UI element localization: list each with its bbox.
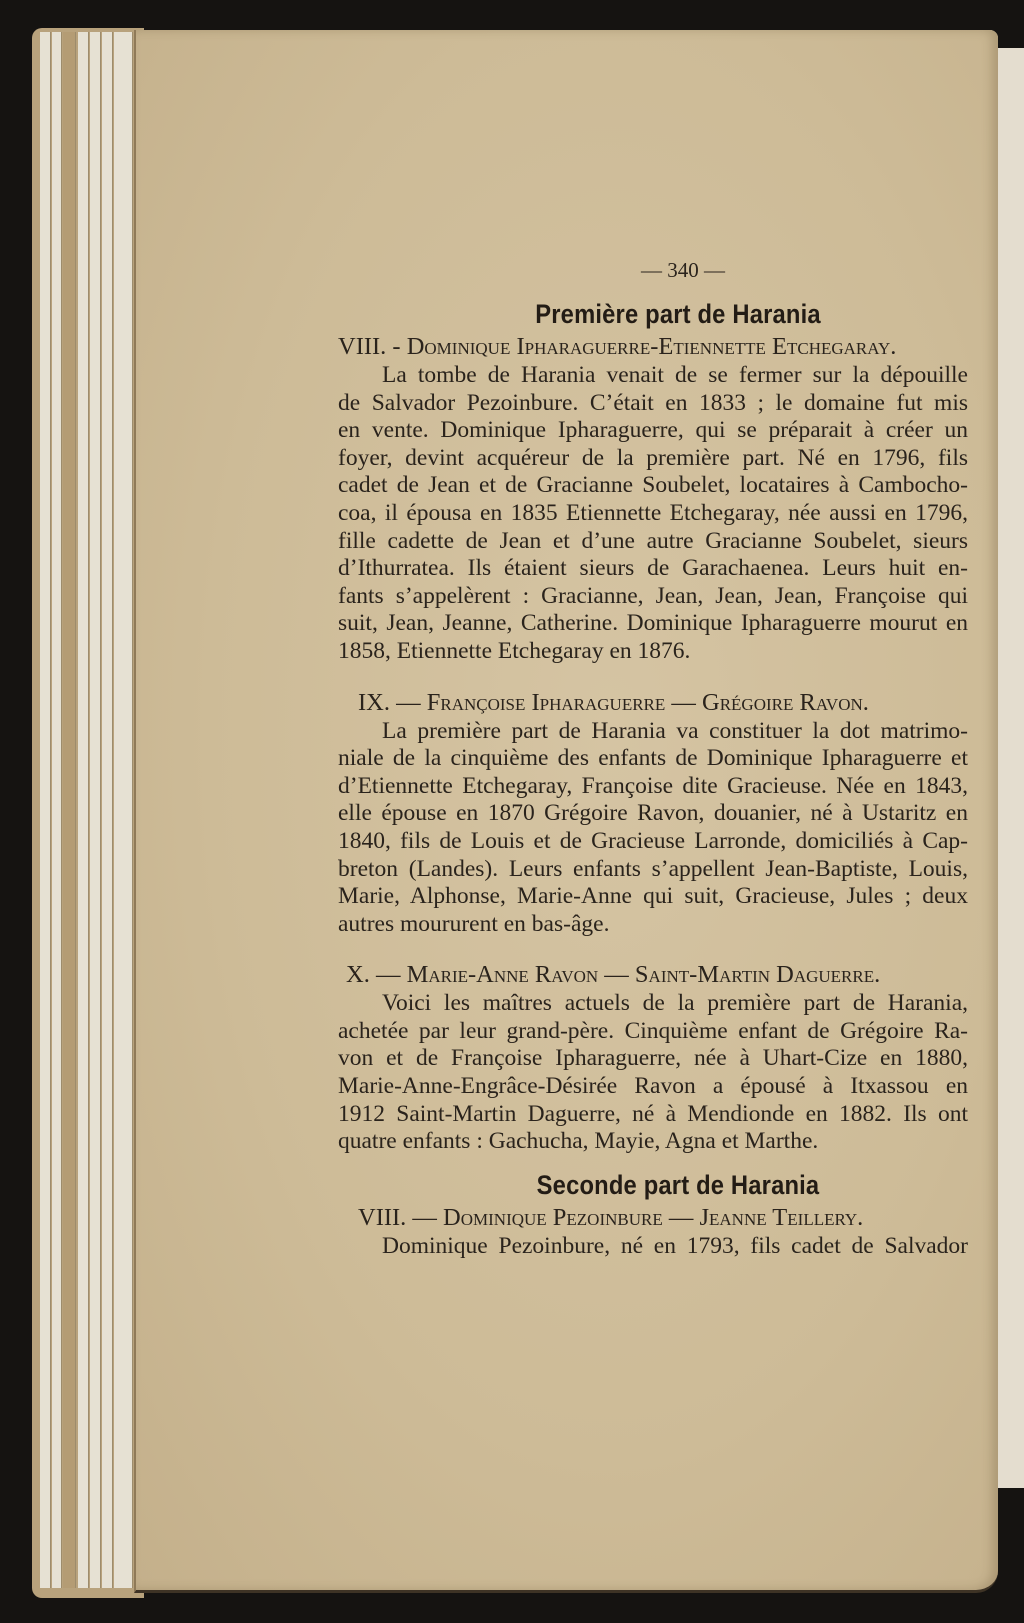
page-content: — 340 — Première part de Harania VIII. -… <box>338 258 968 1260</box>
page-number: — 340 — <box>338 258 1024 283</box>
text-line: quatre enfants : Gachucha, Mayie, Agna e… <box>338 1128 968 1156</box>
text-line: 1858, Etiennette Etchegaray en 1876. <box>338 638 968 666</box>
page-leaf <box>63 32 76 1588</box>
book-page-edges <box>32 28 144 1598</box>
page-leaf <box>90 32 101 1588</box>
text-line: fants s’appelèrent : Gracianne, Jean, Je… <box>338 583 968 611</box>
text-line: autres moururent en bas-âge. <box>338 911 968 939</box>
text-line: de Salvador Pezoinbure. C’était en 1833 … <box>338 390 968 418</box>
text-line: suit, Jean, Jeanne, Catherine. Dominique… <box>338 610 968 638</box>
section-title: Seconde part de Harania <box>379 1170 977 1201</box>
page-leaf <box>102 32 113 1588</box>
text-line: 1840, fils de Louis et de Gracieuse Larr… <box>338 828 968 856</box>
page-leaf <box>114 32 133 1588</box>
text-line: Voici les maîtres actuels de la première… <box>338 990 968 1018</box>
paragraph: Dominique Pezoinbure, né en 1793, fils c… <box>338 1233 968 1261</box>
text-line: Dominique Pezoinbure, né en 1793, fils c… <box>338 1233 968 1261</box>
section-title: Première part de Harania <box>379 299 977 330</box>
text-line: cadet de Jean et de Gracianne Soubelet, … <box>338 472 968 500</box>
paragraph: La première part de Harania va constitue… <box>338 718 968 939</box>
text-line: niale de la cinquième des enfants de Dom… <box>338 745 968 773</box>
text-line: d’Etiennette Etchegaray, Françoise dite … <box>338 773 968 801</box>
generation-heading: IX. — Françoise Ipharaguerre — Grégoire … <box>338 688 968 718</box>
generation-heading: VIII. - Dominique Ipharaguerre-Etiennett… <box>338 332 968 362</box>
text-line: Marie-Anne-Engrâce-Désirée Ravon a épous… <box>338 1073 968 1101</box>
text-line: 1912 Saint-Martin Daguerre, né à Mendion… <box>338 1101 968 1129</box>
text-line: elle épouse en 1870 Grégoire Ravon, doua… <box>338 800 968 828</box>
text-line: von et de Françoise Ipharaguerre, née à … <box>338 1045 968 1073</box>
text-line: La première part de Harania va constitue… <box>338 718 968 746</box>
page-leaf <box>40 32 51 1588</box>
generation-heading: X. — Marie-Anne Ravon — Saint-Martin Dag… <box>338 960 968 990</box>
text-line: breton (Landes). Leurs enfants s’appelle… <box>338 856 968 884</box>
paragraph: La tombe de Harania venait de se fermer … <box>338 362 968 666</box>
text-line: foyer, devint acquéreur de la première p… <box>338 445 968 473</box>
paragraph: Voici les maîtres actuels de la première… <box>338 990 968 1156</box>
page-leaf <box>78 32 89 1588</box>
text-line: en vente. Dominique Ipharaguerre, qui se… <box>338 417 968 445</box>
text-line: achetée par leur grand-père. Cinquième e… <box>338 1018 968 1046</box>
text-line: La tombe de Harania venait de se fermer … <box>338 362 968 390</box>
generation-heading: VIII. — Dominique Pezoinbure — Jeanne Te… <box>338 1203 968 1233</box>
text-line: coa, il épousa en 1835 Etiennette Etcheg… <box>338 500 968 528</box>
page-leaf <box>52 32 62 1588</box>
text-line: d’Ithurratea. Ils étaient sieurs de Gara… <box>338 555 968 583</box>
text-line: fille cadette de Jean et d’une autre Gra… <box>338 528 968 556</box>
text-line: Marie, Alphonse, Marie-Anne qui suit, Gr… <box>338 883 968 911</box>
